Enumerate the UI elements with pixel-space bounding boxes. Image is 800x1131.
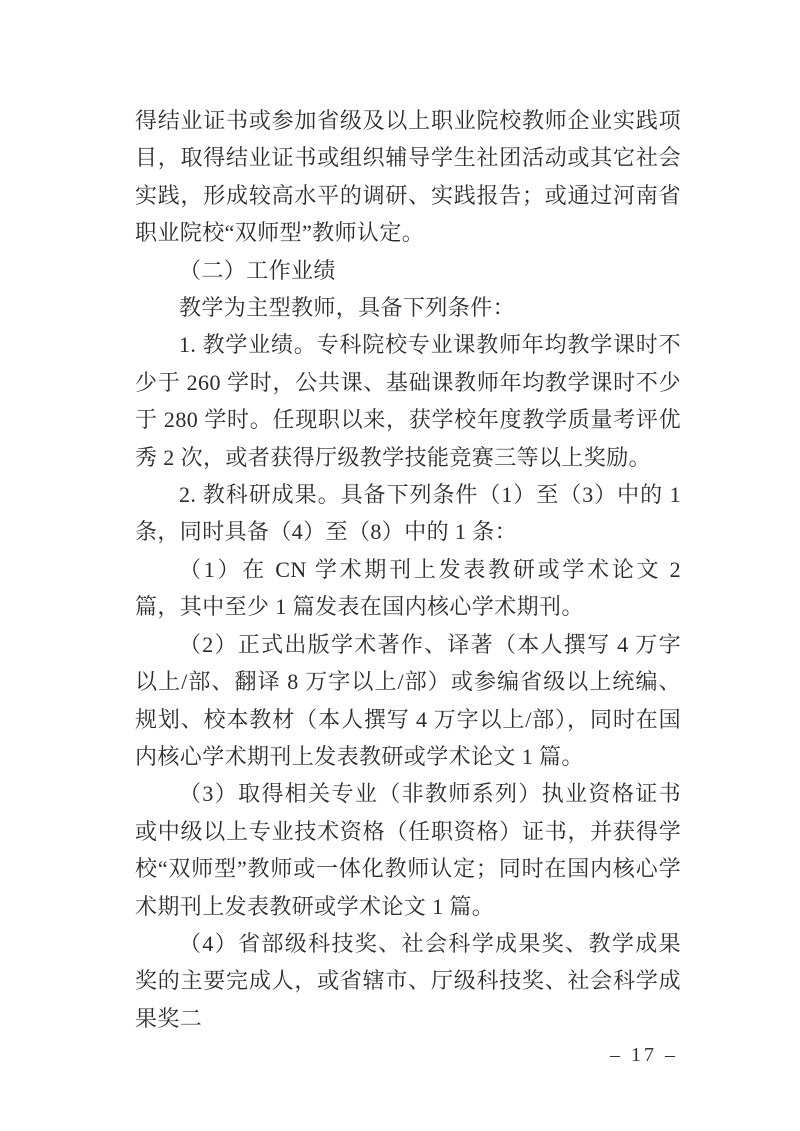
paragraph: 1. 教学业绩。专科院校专业课教师年均教学课时不少于 260 学时，公共课、基础… [135,326,681,476]
paragraph: 2. 教科研成果。具备下列条件（1）至（3）中的 1 条，同时具备（4）至（8）… [135,476,681,551]
document-page: 得结业证书或参加省级及以上职业院校教师企业实践项目，取得结业证书或组织辅导学生社… [0,0,800,1131]
document-body: 得结业证书或参加省级及以上职业院校教师企业实践项目，取得结业证书或组织辅导学生社… [135,102,681,1037]
paragraph: 得结业证书或参加省级及以上职业院校教师企业实践项目，取得结业证书或组织辅导学生社… [135,102,681,252]
paragraph: （1）在 CN 学术期刊上发表教研或学术论文 2 篇，其中至少 1 篇发表在国内… [135,551,681,626]
paragraph: （二）工作业绩 [135,252,681,289]
paragraph: （2）正式出版学术著作、译著（本人撰写 4 万字以上/部、翻译 8 万字以上/部… [135,626,681,776]
page-number: – 17 – [610,1044,678,1067]
paragraph: （4）省部级科技奖、社会科学成果奖、教学成果奖的主要完成人，或省辖市、厅级科技奖… [135,925,681,1037]
paragraph: （3）取得相关专业（非教师系列）执业资格证书或中级以上专业技术资格（任职资格）证… [135,775,681,925]
paragraph: 教学为主型教师，具备下列条件： [135,289,681,326]
